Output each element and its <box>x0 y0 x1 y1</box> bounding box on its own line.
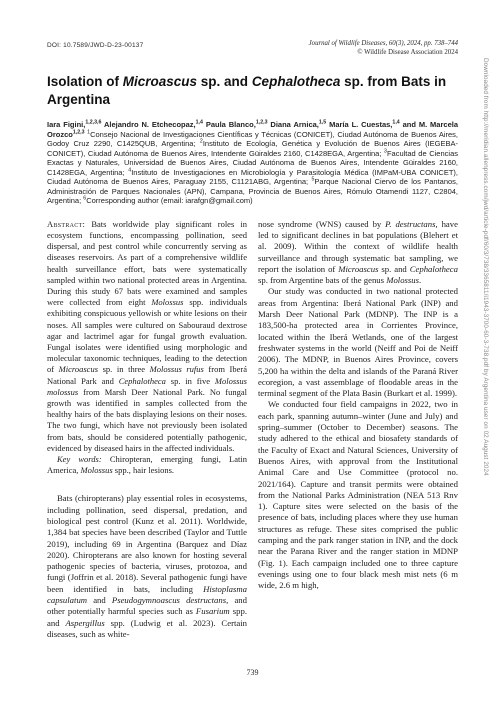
page-content: DOI: 10.7589/JWD-D-23-00137 Journal of W… <box>47 40 458 640</box>
left-column: Abstract: Bats worldwide play significan… <box>47 219 247 641</box>
article-title: Isolation of Microascus sp. and Cephalot… <box>47 73 449 109</box>
authors-affiliations: Iara Figini,1,2,3,6 Alejandro N. Etcheco… <box>47 120 458 206</box>
body-paragraph-study-area: Our study was conducted in two national … <box>258 286 458 399</box>
body-paragraph-methods: We conducted four field campaigns in 202… <box>258 399 458 591</box>
page-header: DOI: 10.7589/JWD-D-23-00137 Journal of W… <box>47 40 458 57</box>
journal-citation-line: Journal of Wildlife Diseases, 60(3), 202… <box>309 40 458 49</box>
download-watermark: Downloaded from http://meridian.allenpre… <box>482 58 489 698</box>
copyright-line: © Wildlife Disease Association 2024 <box>309 49 458 58</box>
journal-reference: Journal of Wildlife Diseases, 60(3), 202… <box>309 40 458 57</box>
journal-page: DOI: 10.7589/JWD-D-23-00137 Journal of W… <box>0 0 494 720</box>
page-number: 739 <box>47 668 458 677</box>
right-column: nose syndrome (WNS) caused by P. destruc… <box>258 219 458 641</box>
body-paragraph-intro: Bats (chiropterans) play essential roles… <box>47 493 247 640</box>
two-column-body: Abstract: Bats worldwide play significan… <box>47 219 458 641</box>
keywords-paragraph: Key words: Chiropteran, emerging fungi, … <box>47 454 247 476</box>
body-paragraph-continuation: nose syndrome (WNS) caused by P. destruc… <box>258 219 458 287</box>
doi-text: DOI: 10.7589/JWD-D-23-00137 <box>47 40 143 49</box>
abstract-paragraph: Abstract: Bats worldwide play significan… <box>47 219 247 454</box>
